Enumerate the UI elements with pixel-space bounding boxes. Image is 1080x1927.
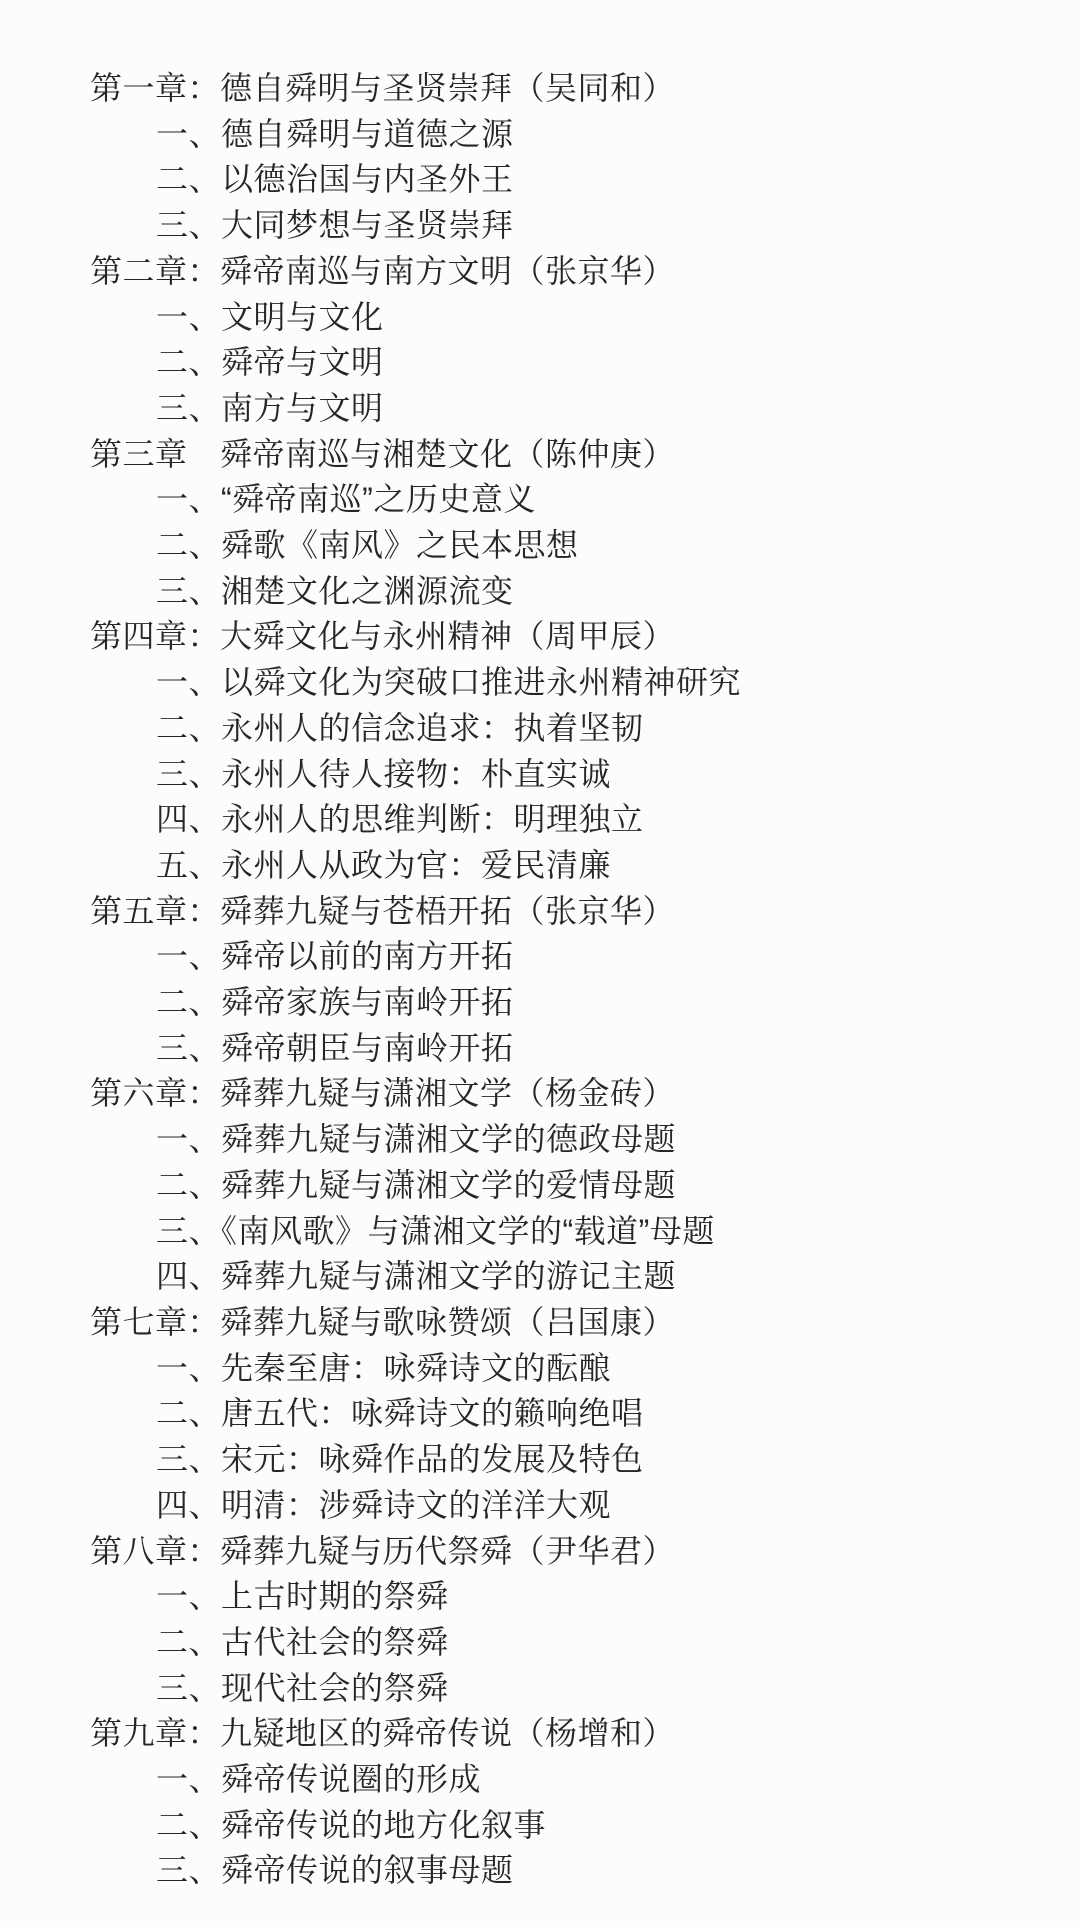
chapter-block: 第七章：舜葬九疑与歌咏赞颂（吕国康） 一、先秦至唐：咏舜诗文的酝酿二、唐五代：咏… [90, 1300, 1040, 1529]
section-entry: 三、现代社会的祭舜 [156, 1666, 1040, 1712]
section-entry: 三、宋元：咏舜作品的发展及特色 [156, 1437, 1040, 1483]
section-entry: 一、舜帝传说圈的形成 [156, 1757, 1040, 1803]
table-of-contents: 第一章：德自舜明与圣贤崇拜（吴同和） 一、德自舜明与道德之源二、以德治国与内圣外… [0, 0, 1080, 1894]
chapter-block: 第五章：舜葬九疑与苍梧开拓（张京华） 一、舜帝以前的南方开拓二、舜帝家族与南岭开… [90, 889, 1040, 1072]
section-entry: 五、永州人从政为官：爱民清廉 [156, 843, 1040, 889]
section-entry: 三、舜帝传说的叙事母题 [156, 1848, 1040, 1894]
chapter-block: 第二章：舜帝南巡与南方文明（张京华） 一、文明与文化二、舜帝与文明三、南方与文明 [90, 249, 1040, 432]
section-entry: 二、舜帝传说的地方化叙事 [156, 1803, 1040, 1849]
section-entry: 一、舜葬九疑与潇湘文学的德政母题 [156, 1117, 1040, 1163]
section-entry: 二、舜歌《南风》之民本思想 [156, 523, 1040, 569]
section-entry: 四、明清：涉舜诗文的洋洋大观 [156, 1483, 1040, 1529]
chapter-block: 第六章：舜葬九疑与潇湘文学（杨金砖） 一、舜葬九疑与潇湘文学的德政母题二、舜葬九… [90, 1071, 1040, 1300]
section-entry: 一、先秦至唐：咏舜诗文的酝酿 [156, 1346, 1040, 1392]
section-entry: 二、唐五代：咏舜诗文的籁响绝唱 [156, 1391, 1040, 1437]
section-entry: 三、大同梦想与圣贤崇拜 [156, 203, 1040, 249]
chapter-block: 第九章：九疑地区的舜帝传说（杨增和） 一、舜帝传说圈的形成二、舜帝传说的地方化叙… [90, 1711, 1040, 1894]
section-entry: 一、上古时期的祭舜 [156, 1574, 1040, 1620]
section-entry: 三、湘楚文化之渊源流变 [156, 569, 1040, 615]
section-entry: 一、“舜帝南巡”之历史意义 [156, 477, 1040, 523]
section-entry: 一、以舜文化为突破口推进永州精神研究 [156, 660, 1040, 706]
section-entry: 一、文明与文化 [156, 295, 1040, 341]
section-entry: 四、舜葬九疑与潇湘文学的游记主题 [156, 1254, 1040, 1300]
chapter-title: 第七章：舜葬九疑与歌咏赞颂（吕国康） [90, 1300, 1040, 1346]
section-entry: 二、舜帝与文明 [156, 340, 1040, 386]
chapter-title: 第三章 舜帝南巡与湘楚文化（陈仲庚） [90, 432, 1040, 478]
section-entry: 二、以德治国与内圣外王 [156, 157, 1040, 203]
section-entry: 三、《南风歌》与潇湘文学的“载道”母题 [156, 1209, 1040, 1255]
chapter-title: 第八章：舜葬九疑与历代祭舜（尹华君） [90, 1529, 1040, 1575]
section-entry: 二、舜葬九疑与潇湘文学的爱情母题 [156, 1163, 1040, 1209]
section-entry: 四、永州人的思维判断：明理独立 [156, 797, 1040, 843]
chapter-title: 第四章：大舜文化与永州精神（周甲辰） [90, 614, 1040, 660]
section-entry: 三、舜帝朝臣与南岭开拓 [156, 1026, 1040, 1072]
chapter-title: 第六章：舜葬九疑与潇湘文学（杨金砖） [90, 1071, 1040, 1117]
section-entry: 一、德自舜明与道德之源 [156, 112, 1040, 158]
section-entry: 三、永州人待人接物：朴直实诚 [156, 752, 1040, 798]
chapter-block: 第八章：舜葬九疑与历代祭舜（尹华君） 一、上古时期的祭舜二、古代社会的祭舜三、现… [90, 1529, 1040, 1712]
chapter-block: 第四章：大舜文化与永州精神（周甲辰） 一、以舜文化为突破口推进永州精神研究二、永… [90, 614, 1040, 888]
section-entry: 二、永州人的信念追求：执着坚韧 [156, 706, 1040, 752]
section-entry: 一、舜帝以前的南方开拓 [156, 934, 1040, 980]
section-entry: 二、舜帝家族与南岭开拓 [156, 980, 1040, 1026]
chapter-title: 第二章：舜帝南巡与南方文明（张京华） [90, 249, 1040, 295]
chapter-title: 第九章：九疑地区的舜帝传说（杨增和） [90, 1711, 1040, 1757]
chapter-block: 第三章 舜帝南巡与湘楚文化（陈仲庚） 一、“舜帝南巡”之历史意义二、舜歌《南风》… [90, 432, 1040, 615]
section-entry: 二、古代社会的祭舜 [156, 1620, 1040, 1666]
chapter-block: 第一章：德自舜明与圣贤崇拜（吴同和） 一、德自舜明与道德之源二、以德治国与内圣外… [90, 66, 1040, 249]
chapter-title: 第五章：舜葬九疑与苍梧开拓（张京华） [90, 889, 1040, 935]
section-entry: 三、南方与文明 [156, 386, 1040, 432]
chapter-title: 第一章：德自舜明与圣贤崇拜（吴同和） [90, 66, 1040, 112]
